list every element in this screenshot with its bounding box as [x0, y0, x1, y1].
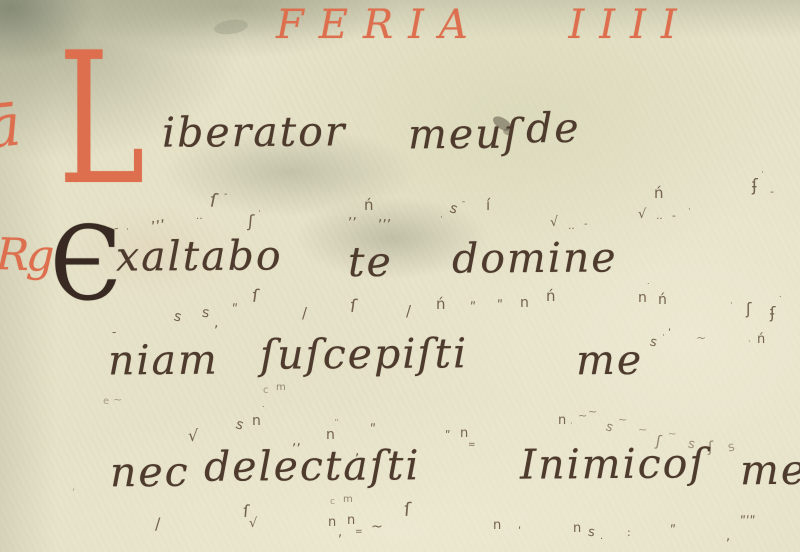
neume-mark: = — [355, 528, 363, 537]
neume-mark: s — [172, 309, 183, 324]
neume-mark: - — [112, 326, 116, 338]
neume-mark: ‥ — [568, 222, 575, 232]
word: me — [740, 450, 800, 491]
neume-mark: í — [486, 198, 490, 213]
neume-mark: , — [214, 316, 218, 330]
neume-mark: s — [587, 526, 596, 540]
neume-mark: s — [448, 201, 460, 217]
neume-mark: ˙ — [778, 297, 783, 306]
neume-mark: ,, — [292, 434, 301, 448]
neume-mark: ~ — [618, 414, 627, 425]
word: me — [576, 340, 643, 381]
neume-mark: · — [662, 332, 665, 341]
parchment-stain — [213, 18, 249, 37]
margin-antiphon-mark: ā — [0, 90, 24, 161]
word: iberator — [162, 111, 347, 153]
neume-mark: ~ — [588, 406, 597, 417]
neume-mark: - — [462, 198, 465, 207]
neume-mark: n — [328, 516, 336, 529]
neume-mark: ſ — [403, 501, 411, 521]
neume-mark: ~ — [578, 410, 587, 421]
neume-mark: ~ — [696, 332, 706, 344]
neume-mark: ń — [546, 289, 556, 304]
neume-mark: s — [648, 335, 658, 349]
neume-mark: / — [302, 306, 307, 321]
neume-mark: ń — [364, 198, 374, 213]
neume-mark: : — [627, 527, 631, 538]
manuscript-page: FERIA IIII ā Rg L Є iberator meuſ de xal… — [0, 0, 800, 552]
neume-mark: / — [406, 304, 411, 319]
neume-mark: ʺʹʺ — [740, 516, 756, 529]
neume-mark: ʹ — [72, 488, 75, 499]
word: niam — [108, 340, 219, 382]
neume-mark: ſ — [251, 288, 260, 307]
neume-mark: ń — [658, 293, 667, 307]
neume-mark: · — [748, 338, 751, 346]
word: te — [348, 242, 393, 283]
neume-mark: ~ — [668, 430, 676, 440]
neume-mark: c — [263, 386, 269, 396]
neume-mark: n — [347, 514, 355, 527]
word: nec — [110, 452, 190, 494]
word: meuſ — [408, 114, 521, 156]
neume-mark: ʹ — [518, 526, 521, 537]
neume-mark: - — [113, 222, 118, 234]
neume-mark: ‥ — [656, 212, 663, 222]
neume-mark: ʺ — [470, 302, 476, 315]
neume-mark: - — [584, 220, 588, 230]
neume-mark: · — [126, 226, 129, 235]
neume-mark: s — [604, 420, 615, 435]
neume-mark: ˙ — [760, 172, 765, 182]
word: ſuſcepiſti — [260, 333, 468, 375]
neume-mark: ʺ — [497, 300, 503, 313]
neume-mark: = — [468, 441, 476, 450]
neume-mark: ń — [757, 333, 765, 346]
word: Inimicoſ — [520, 443, 707, 485]
neume-mark: s — [727, 441, 736, 455]
initial-e-exaltabo: Є — [50, 214, 122, 316]
neume-mark: √ — [249, 517, 257, 530]
neume-mark: · — [258, 208, 261, 217]
neume-mark: e — [103, 397, 109, 407]
neume-mark: ʄ — [770, 305, 775, 321]
word: de — [526, 108, 581, 149]
neume-mark: m — [276, 383, 286, 393]
neume-mark: ʺ — [445, 430, 451, 442]
neume-mark: n — [520, 296, 529, 310]
neume-mark: n — [573, 522, 581, 535]
neume-mark: ~ — [371, 520, 383, 534]
rubric-feria-text: FERIA — [276, 2, 483, 48]
rubric-feria: FERIA IIII — [276, 2, 692, 48]
word: domine — [452, 237, 618, 279]
word: delectaſti — [204, 445, 421, 488]
neume-mark: ſ — [349, 298, 358, 317]
neume-mark: ʃ — [247, 214, 254, 231]
neume-mark: ʄ — [752, 178, 758, 195]
neume-mark: ,,, — [378, 210, 391, 224]
neume-mark: - — [672, 210, 676, 221]
neume-mark: c — [330, 498, 335, 507]
neume-mark: · — [570, 420, 573, 428]
neume-mark: ¨ — [334, 420, 339, 430]
neume-mark: · — [440, 214, 443, 223]
neume-mark: ſ — [208, 192, 219, 212]
neume-mark: ~ — [113, 394, 122, 405]
word: xaltabo — [116, 235, 283, 277]
initial-l-liberator: L — [58, 28, 145, 210]
neume-mark: , — [355, 444, 359, 458]
neume-mark: - — [770, 186, 774, 197]
neume-mark: ‥ — [196, 212, 203, 222]
neume-mark: . — [600, 532, 603, 542]
neume-mark: , — [726, 530, 730, 543]
neume-mark: m — [343, 495, 353, 505]
neume-mark: ʺ — [232, 304, 238, 317]
neume-mark: · — [688, 206, 691, 215]
neume-mark: ń — [436, 297, 446, 312]
neume-mark: s — [234, 417, 246, 433]
neume-mark: s — [201, 306, 210, 321]
neume-mark: · — [730, 300, 733, 309]
neume-mark: n — [493, 519, 501, 532]
neume-mark: - — [224, 190, 228, 200]
neume-mark: ń — [654, 186, 664, 201]
neume-mark: ʃ — [746, 301, 751, 317]
neume-mark: ˙ — [261, 407, 266, 416]
neume-mark: ~ — [638, 424, 647, 435]
neume-mark: ʃ — [708, 440, 713, 455]
neume-mark: n — [252, 414, 261, 428]
margin-responsory-mark: Rg — [0, 229, 52, 282]
neume-mark: ,, — [348, 208, 357, 222]
neume-mark: ˙ — [646, 284, 651, 293]
neume-mark: ʺ — [670, 525, 676, 538]
neume-mark: ,,, — [149, 209, 166, 226]
neume-mark: ʹ — [668, 328, 671, 339]
neume-mark: √ — [188, 428, 198, 444]
neume-mark: n — [326, 428, 335, 442]
neume-mark: n — [558, 414, 566, 427]
rubric-feria-numeral: IIII — [568, 2, 691, 48]
neume-mark: √ — [549, 216, 558, 230]
neume-mark: n — [460, 427, 468, 440]
neume-mark: , — [338, 526, 342, 539]
neume-mark: √ — [638, 208, 646, 221]
neume-mark: / — [155, 516, 160, 532]
neume-mark: ʺ — [370, 424, 376, 437]
neume-mark: n — [638, 291, 647, 305]
